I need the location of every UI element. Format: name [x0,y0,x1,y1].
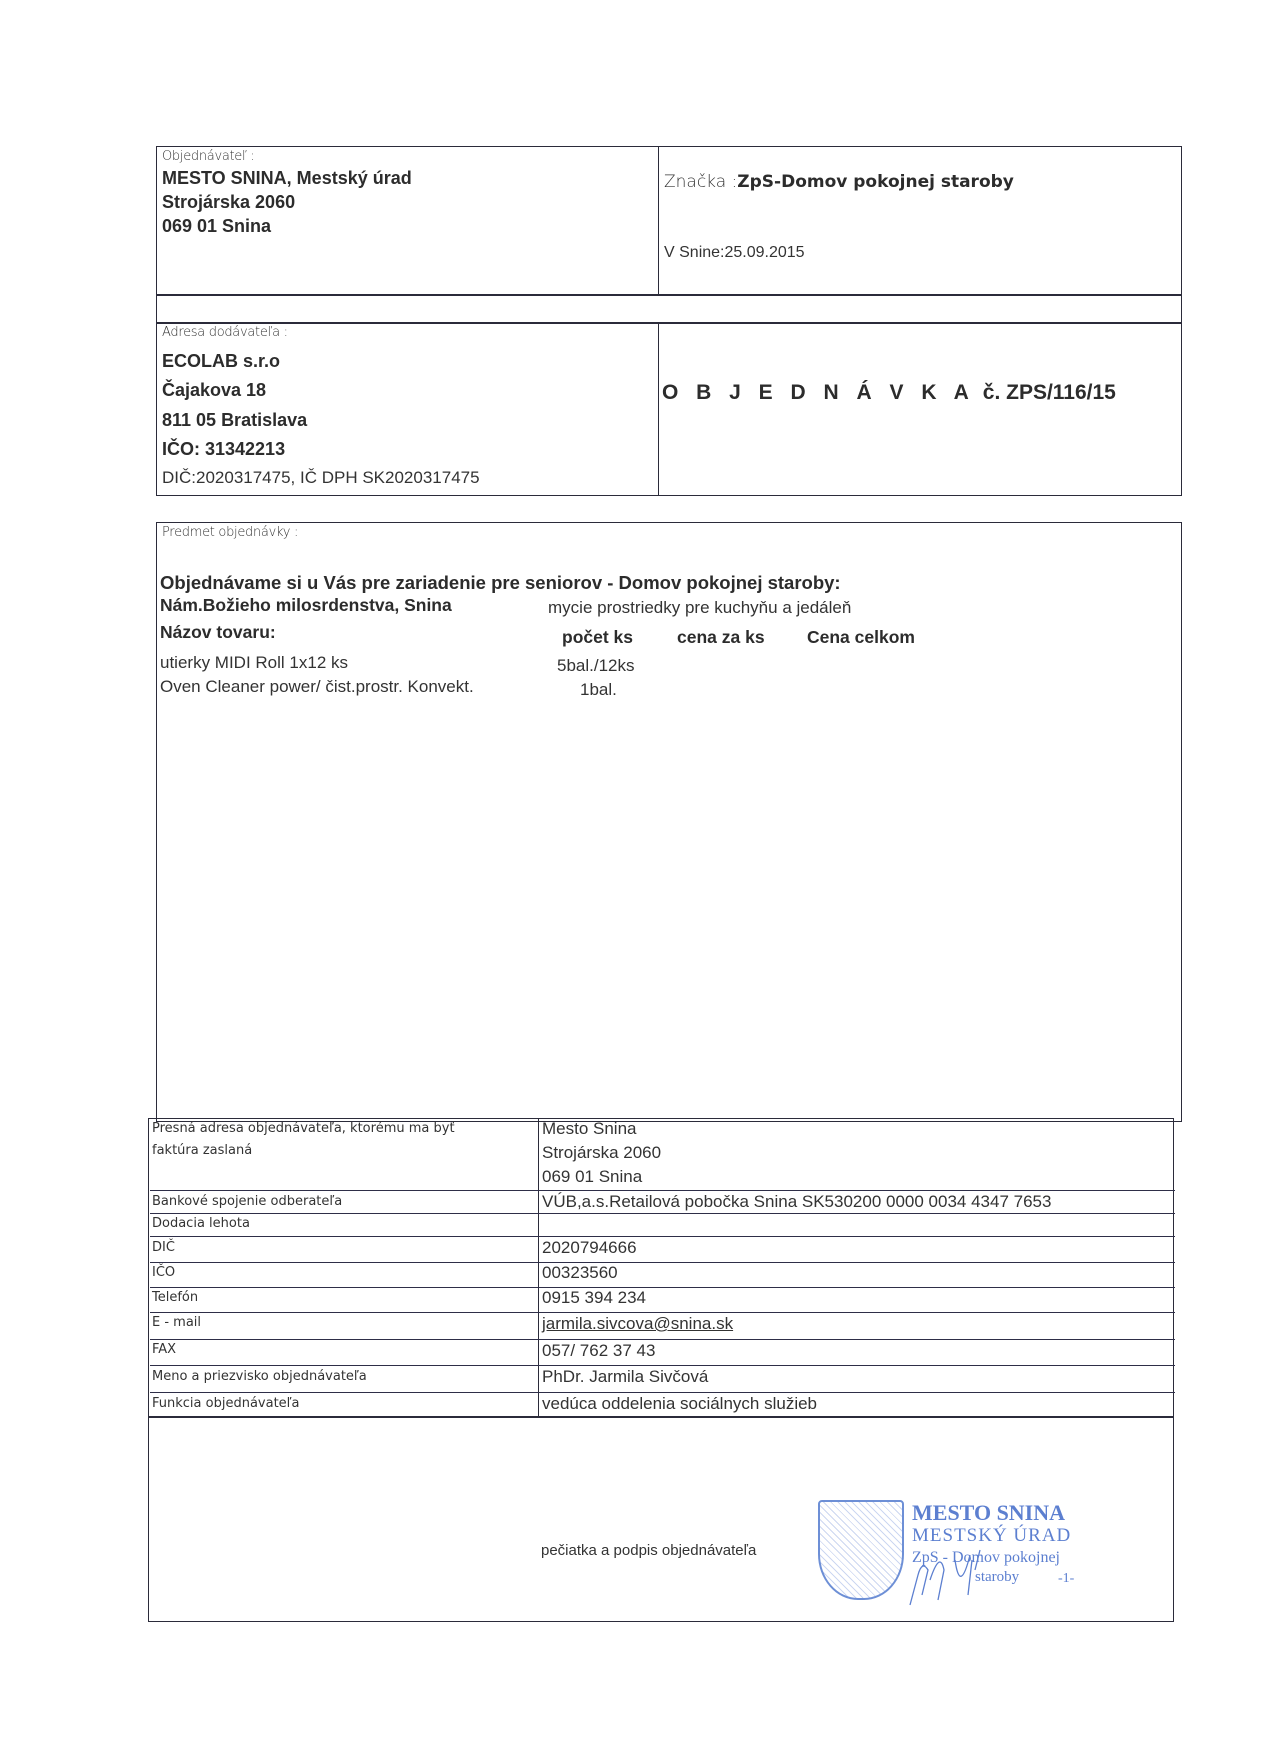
row-divider [150,1339,1175,1340]
orderer-name: MESTO SNINA, Mestský úrad [162,168,412,189]
invoice-address-line3: 069 01 Snina [542,1167,642,1187]
signature-label: pečiatka a podpis objednávateľa [541,1542,756,1559]
supplier-street: Čajakova 18 [162,380,266,401]
invoice-address-label: Presná adresa objednávateľa, ktorému ma … [152,1121,455,1136]
contact-function-label: Funkcia objednávateľa [152,1396,300,1411]
signature-scribble-icon [900,1540,1010,1610]
contact-name-value: PhDr. Jarmila Sivčová [542,1367,708,1387]
column-header-qty: počet ks [562,627,633,648]
order-number: č. ZPS/116/15 [983,381,1116,404]
delivery-term-label: Dodacia lehota [152,1216,250,1231]
dic-value: 2020794666 [542,1238,637,1258]
email-label: E - mail [152,1315,201,1330]
row-divider [150,1392,1175,1393]
mark-label: Značka : [664,172,737,192]
subject-intro-line1: Objednávame si u Vás pre zariadenie pre … [160,572,841,594]
item-name: utierky MIDI Roll 1x12 ks [160,653,348,673]
fax-label: FAX [152,1342,176,1357]
subject-label: Predmet objednávky : [162,525,298,540]
item-qty: 1bal. [580,680,617,700]
column-header-unit-price: cena za ks [677,627,765,648]
dic-label: DIČ [152,1240,175,1255]
row-divider [150,1236,1175,1237]
mark-value: ZpS-Domov pokojnej staroby [737,172,1014,192]
phone-value: 0915 394 234 [542,1288,646,1308]
invoice-address-line2: Strojárska 2060 [542,1143,661,1163]
supplier-name: ECOLAB s.r.o [162,351,280,372]
separator-strip [156,294,1182,324]
bank-value: VÚB,a.s.Retailová pobočka Snina SK530200… [542,1192,1051,1212]
ico-value: 00323560 [542,1263,618,1283]
orderer-street: Strojárska 2060 [162,192,295,213]
contact-function-value: vedúca oddelenia sociálnych služieb [542,1394,817,1414]
row-divider [150,1365,1175,1366]
bank-label: Bankové spojenie odberateľa [152,1194,342,1209]
stamp-line1: MESTO SNINA [912,1500,1065,1526]
order-title-text: O B J E D N Á V K A [662,381,975,404]
order-title: O B J E D N Á V K Ač. ZPS/116/15 [662,381,1116,405]
details-divider [538,1118,539,1418]
row-divider [150,1262,1175,1263]
item-qty: 5bal./12ks [557,656,635,676]
orderer-label: Objednávateľ : [162,149,255,164]
row-divider [150,1287,1175,1288]
orderer-city: 069 01 Snina [162,216,271,237]
mark-field: Značka :ZpS-Domov pokojnej staroby [664,171,1014,193]
item-name: Oven Cleaner power/ čist.prostr. Konvekt… [160,677,474,697]
invoice-address-label-cont: faktúra zaslaná [152,1143,252,1158]
supplier-ico: IČO: 31342213 [162,439,285,460]
supplier-label: Adresa dodávateľa : [162,325,288,340]
phone-label: Telefón [152,1290,198,1305]
subject-category: mycie prostriedky pre kuchyňu a jedáleň [548,598,851,618]
stamp-number: -1- [1058,1571,1074,1587]
row-divider [150,1190,1175,1191]
email-link[interactable]: jarmila.sivcova@snina.sk [542,1314,733,1334]
ico-label: IČO [152,1265,175,1280]
supplier-dic: DIČ:2020317475, IČ DPH SK2020317475 [162,468,480,488]
supplier-city: 811 05 Bratislava [162,410,307,431]
place-date: V Snine:25.09.2015 [664,244,805,262]
subject-location: Nám.Božieho milosrdenstva, Snina [160,595,452,616]
column-header-total: Cena celkom [807,627,915,648]
row-divider [150,1213,1175,1214]
supplier-divider [658,322,659,496]
fax-value: 057/ 762 37 43 [542,1341,655,1361]
row-divider [150,1312,1175,1313]
column-header-name: Názov tovaru: [160,622,276,643]
coat-of-arms-icon [818,1500,904,1600]
orderer-divider [658,146,659,296]
invoice-address-line1: Mesto Snina [542,1119,637,1139]
contact-name-label: Meno a priezvisko objednávateľa [152,1369,367,1384]
